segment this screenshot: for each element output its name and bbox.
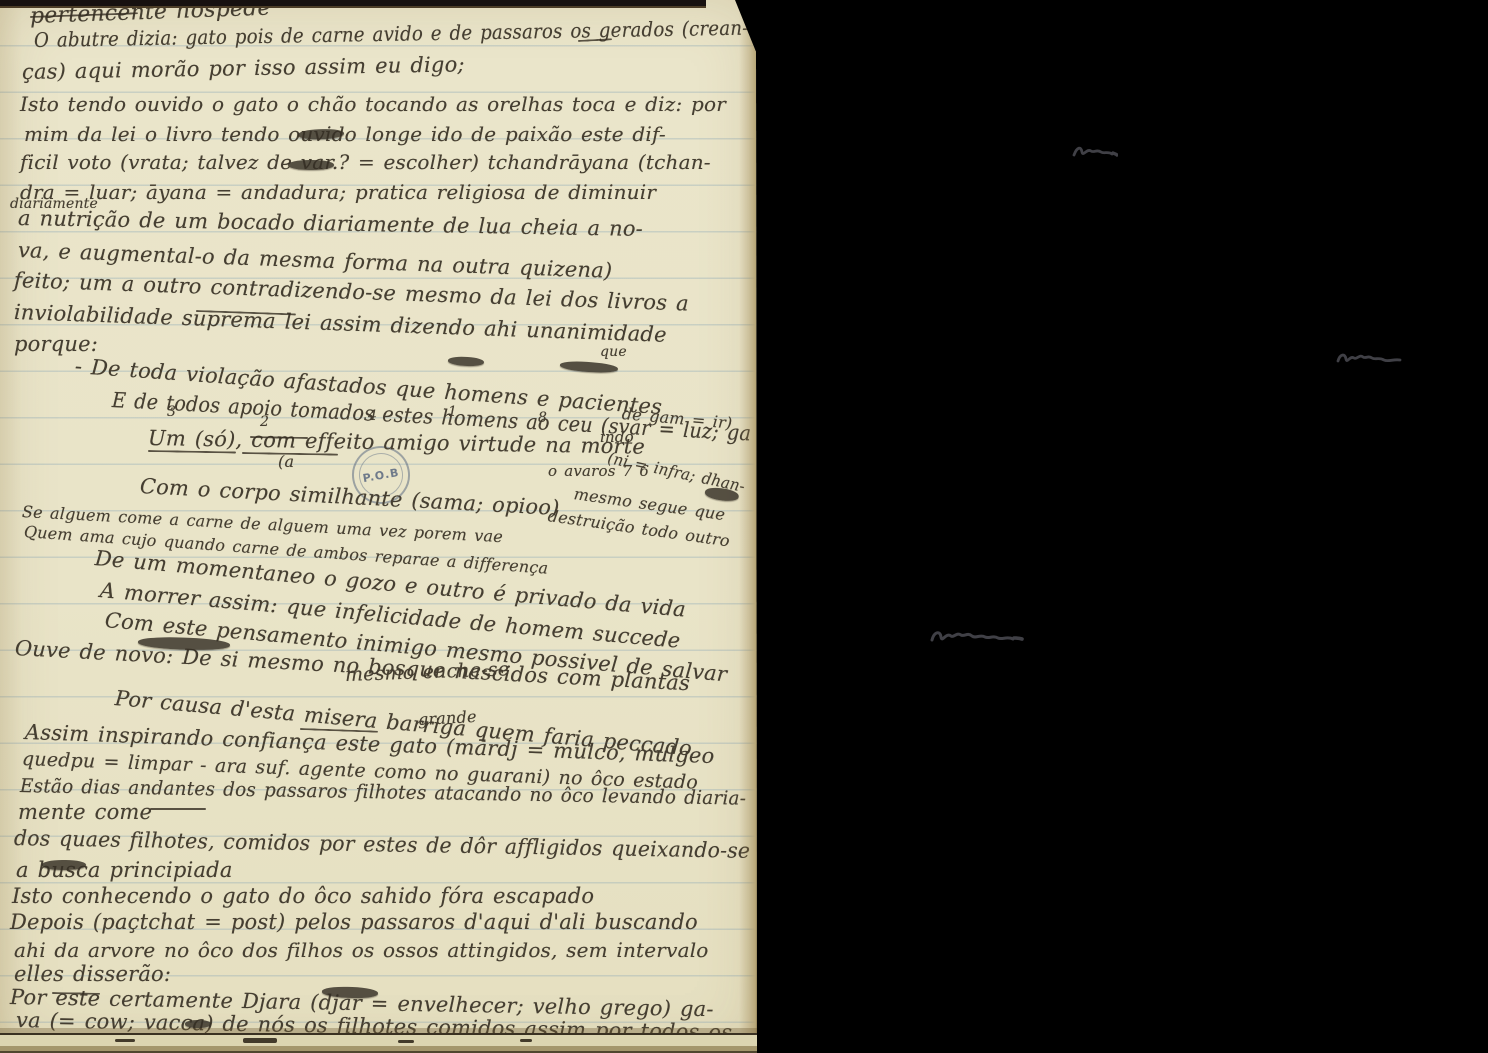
manuscript-line: 8 (538, 410, 547, 426)
manuscript-line: Isto conhecendo o gato do ôco sahido fór… (12, 884, 594, 908)
manuscript-line: Depois (paçtchat = post) pelos passaros … (10, 910, 698, 934)
ink-scribble (150, 808, 206, 810)
manuscript-line: 1 (448, 404, 457, 420)
manuscript-line: Isto tendo ouvido o gato o chão tocando … (20, 92, 726, 116)
manuscript-line: indo (600, 428, 634, 446)
manuscript-line: o avaros 7 6 (548, 462, 649, 480)
edge-dash (243, 1038, 277, 1043)
page-top-edge (0, 0, 706, 8)
manuscript-line: ças) aqui morão por isso assim eu digo; (22, 52, 465, 84)
edge-dash (115, 1039, 135, 1042)
manuscript-line: que (600, 344, 627, 360)
manuscript-line: a nutrição de um bocado diariamente de l… (18, 206, 643, 241)
manuscript-line: dra = luar; āyana = andadura; pratica re… (20, 180, 656, 204)
pob-stamp-text: P.O.B (362, 465, 401, 484)
ink-scribble (185, 1020, 211, 1028)
ink-scribble (148, 450, 236, 454)
manuscript-line: mim da lei o livro tendo ouvido longe id… (24, 122, 666, 146)
ink-scribble (448, 356, 484, 367)
ink-mark-1 (1070, 142, 1118, 164)
manuscript-line: mente come (18, 800, 152, 824)
manuscript-line: ahi da arvore no ôco dos filhos os ossos… (14, 938, 709, 962)
ink-mark-2 (1335, 348, 1405, 370)
manuscript-line: ficil voto (vrata; talvez de var.? = esc… (20, 150, 711, 174)
ink-scribble (560, 360, 619, 374)
ink-mark-3 (928, 624, 1026, 650)
manuscript-line: porque: (14, 332, 98, 356)
manuscript-line: 4 (368, 408, 377, 424)
ink-scribble (42, 860, 86, 870)
manuscript-line: 3 (167, 404, 176, 420)
ink-scribble (288, 160, 334, 170)
manuscript-line: elles disserão: (14, 962, 171, 986)
scanned-manuscript-screenshot: P.O.B pertencente hospedeO abutre dizia:… (0, 0, 1488, 1053)
manuscript-page: P.O.B pertencente hospedeO abutre dizia:… (0, 0, 757, 1053)
edge-dash (398, 1040, 414, 1043)
edge-dash (520, 1039, 532, 1042)
manuscript-line: grande (418, 707, 478, 729)
